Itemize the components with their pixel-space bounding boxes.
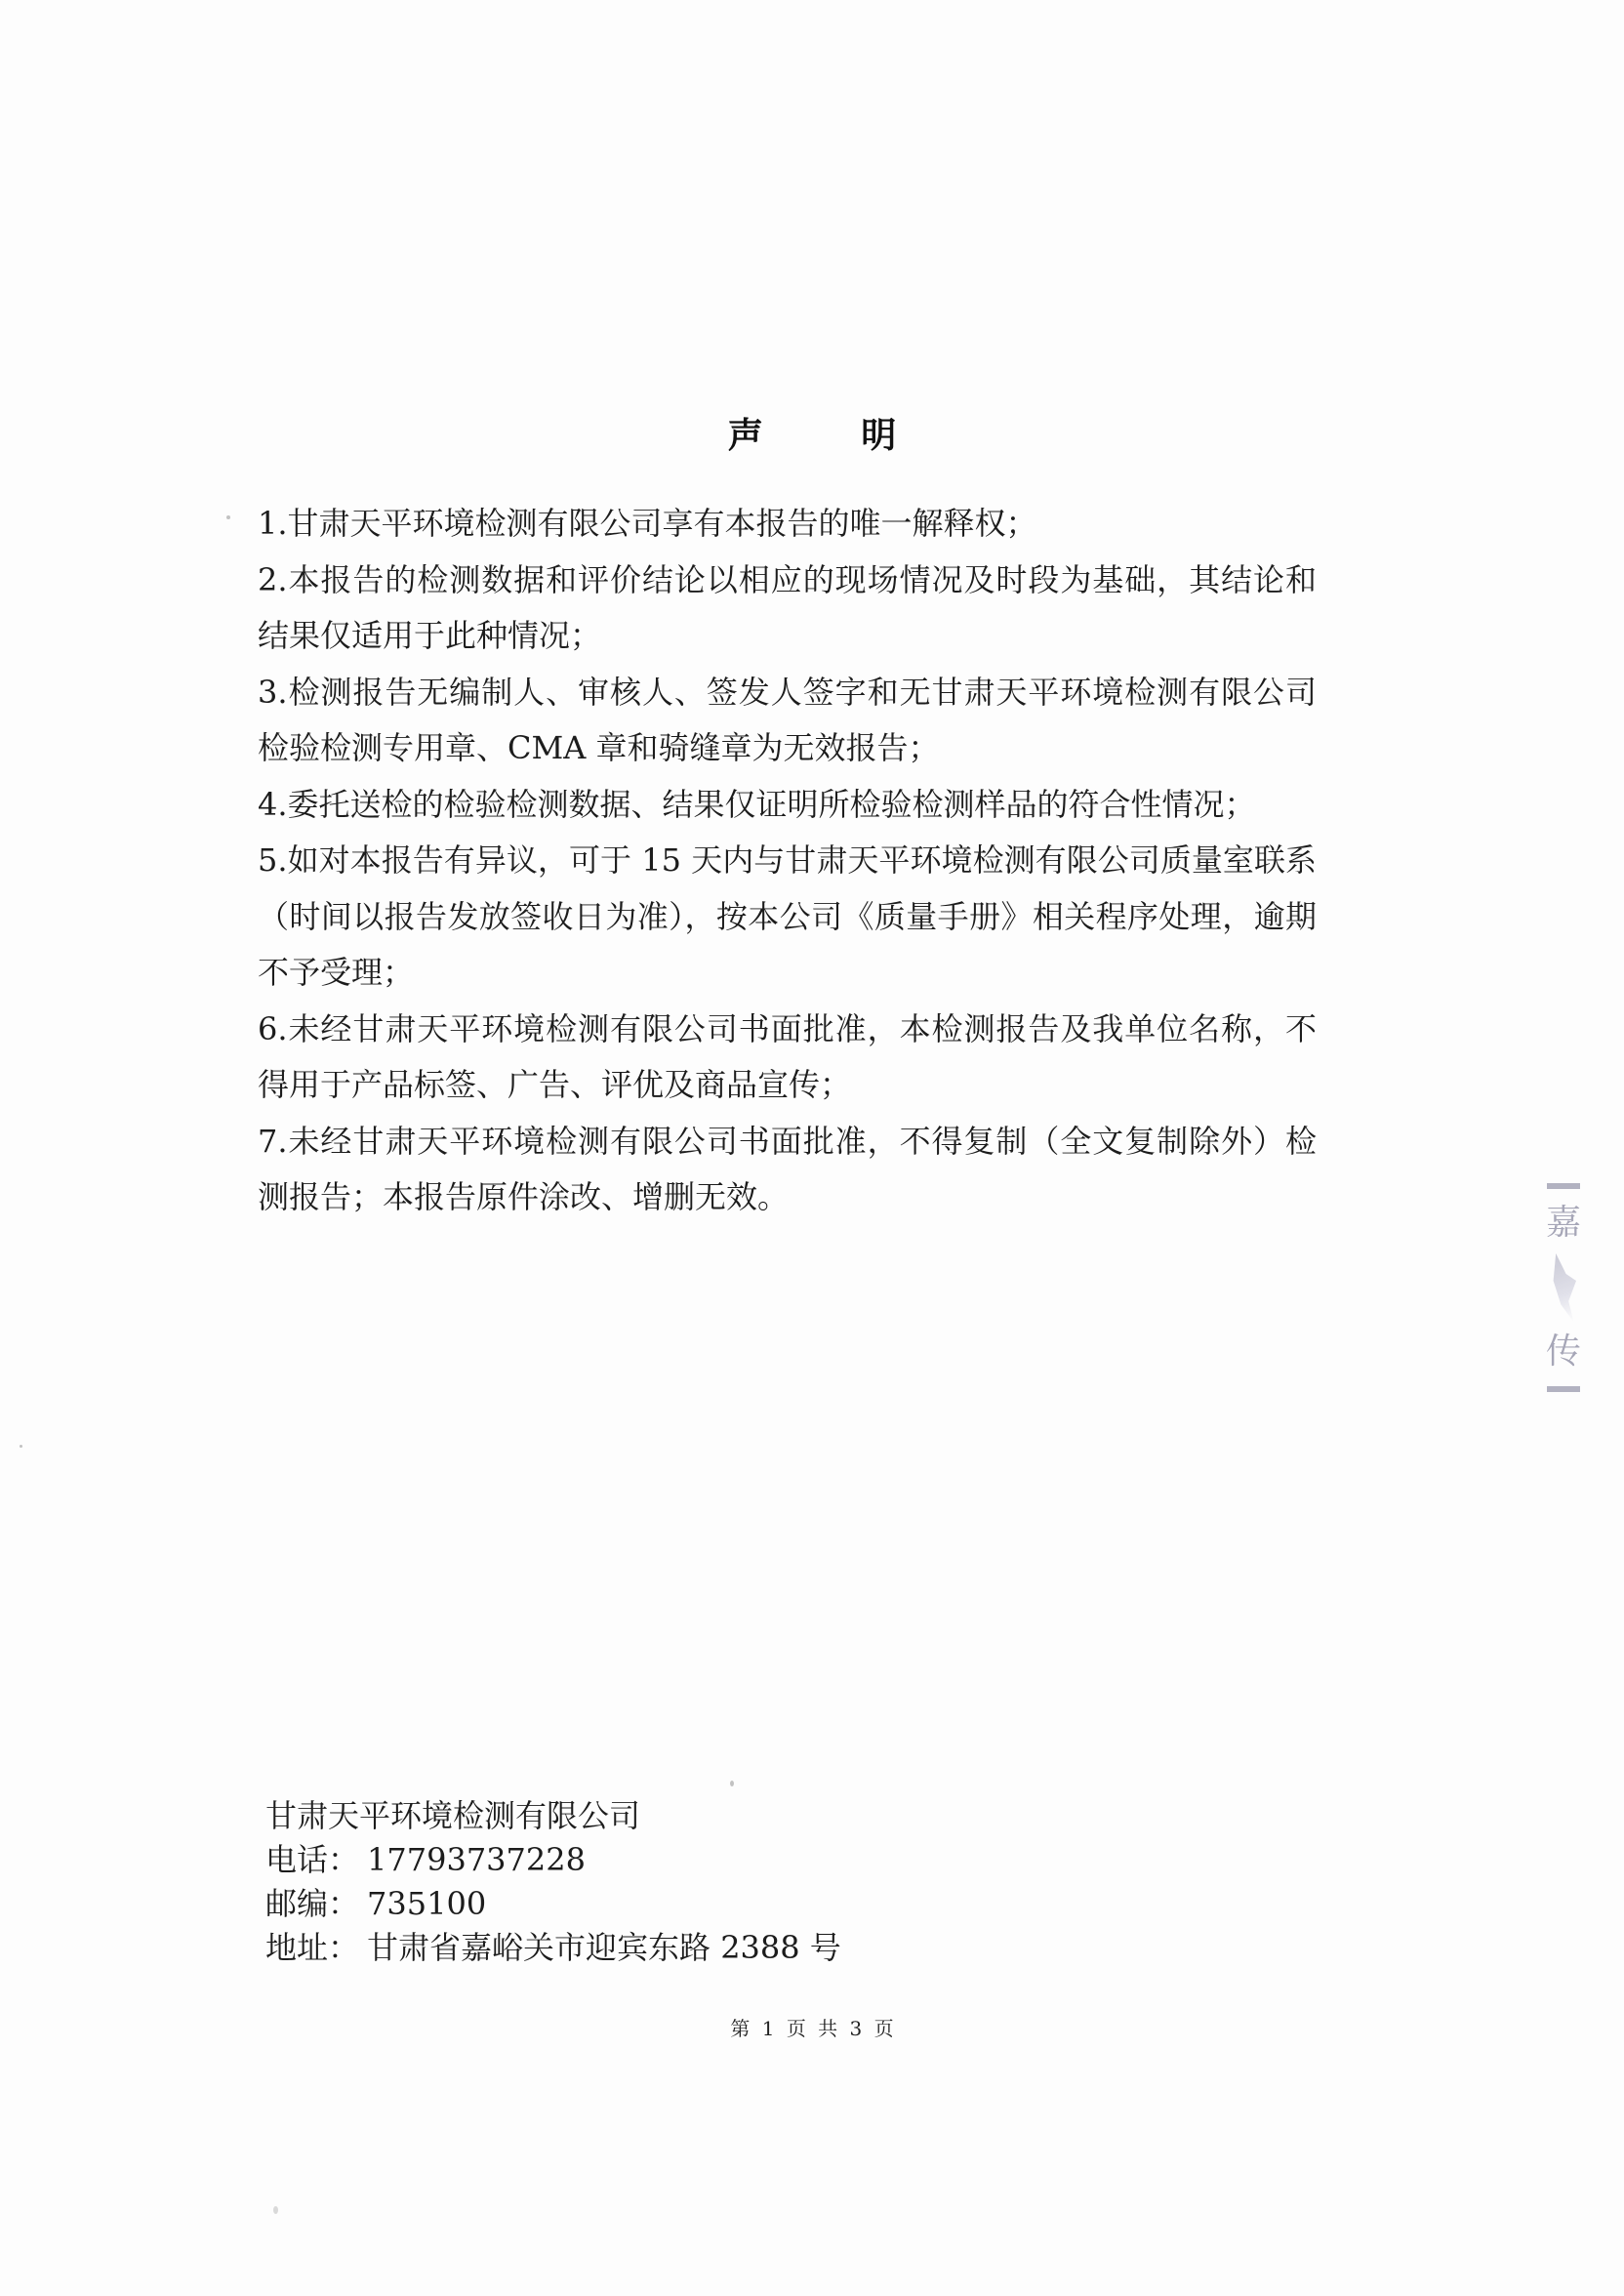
stamp-char-top: 嘉 <box>1546 1201 1581 1246</box>
postcode-value: 735100 <box>367 1885 486 1922</box>
scan-speck <box>226 515 230 519</box>
phone-row: 电话：17793737228 <box>265 1838 841 1882</box>
phone-value: 17793737228 <box>367 1841 586 1878</box>
statement-item-5: 5.如对本报告有异议，可于 15 天内与甘肃天平环境检测有限公司质量室联系（时间… <box>258 833 1317 1002</box>
statement-item-1: 1.甘肃天平环境检测有限公司享有本报告的唯一解释权； <box>258 496 1317 553</box>
statement-item-6: 6.未经甘肃天平环境检测有限公司书面批准，本检测报告及我单位名称，不得用于产品标… <box>258 1002 1317 1114</box>
scan-speck <box>273 2206 278 2214</box>
address-row: 地址：甘肃省嘉峪关市迎宾东路 2388 号 <box>265 1926 841 1970</box>
page-indicator: 第 1 页 共 3 页 <box>0 2013 1624 2041</box>
page-title: 声 明 <box>0 408 1624 458</box>
stamp-smudge <box>1551 1253 1576 1322</box>
statement-item-3: 3.检测报告无编制人、审核人、签发人签字和无甘肃天平环境检测有限公司检验检测专用… <box>258 665 1317 777</box>
stamp-char-bottom: 传 <box>1546 1330 1581 1374</box>
contact-block: 甘肃天平环境检测有限公司 电话：17793737228 邮编：735100 地址… <box>265 1794 841 1970</box>
postcode-label: 邮编： <box>265 1885 359 1922</box>
phone-label: 电话： <box>265 1841 359 1878</box>
company-name: 甘肃天平环境检测有限公司 <box>265 1794 841 1838</box>
seam-stamp: 嘉 传 <box>1542 1171 1585 1464</box>
statement-item-7: 7.未经甘肃天平环境检测有限公司书面批准，不得复制（全文复制除外）检测报告；本报… <box>258 1114 1317 1226</box>
address-value: 甘肃省嘉峪关市迎宾东路 2388 号 <box>367 1929 841 1966</box>
scan-speck <box>730 1781 734 1786</box>
scan-speck <box>20 1445 22 1448</box>
stamp-bar-bottom <box>1547 1386 1580 1392</box>
postcode-row: 邮编：735100 <box>265 1882 841 1926</box>
stamp-bar-top <box>1547 1183 1580 1189</box>
statement-item-4: 4.委托送检的检验检测数据、结果仅证明所检验检测样品的符合性情况； <box>258 777 1317 834</box>
statement-list: 1.甘肃天平环境检测有限公司享有本报告的唯一解释权； 2.本报告的检测数据和评价… <box>258 496 1317 1226</box>
statement-item-2: 2.本报告的检测数据和评价结论以相应的现场情况及时段为基础，其结论和结果仅适用于… <box>258 553 1317 665</box>
address-label: 地址： <box>265 1929 359 1966</box>
